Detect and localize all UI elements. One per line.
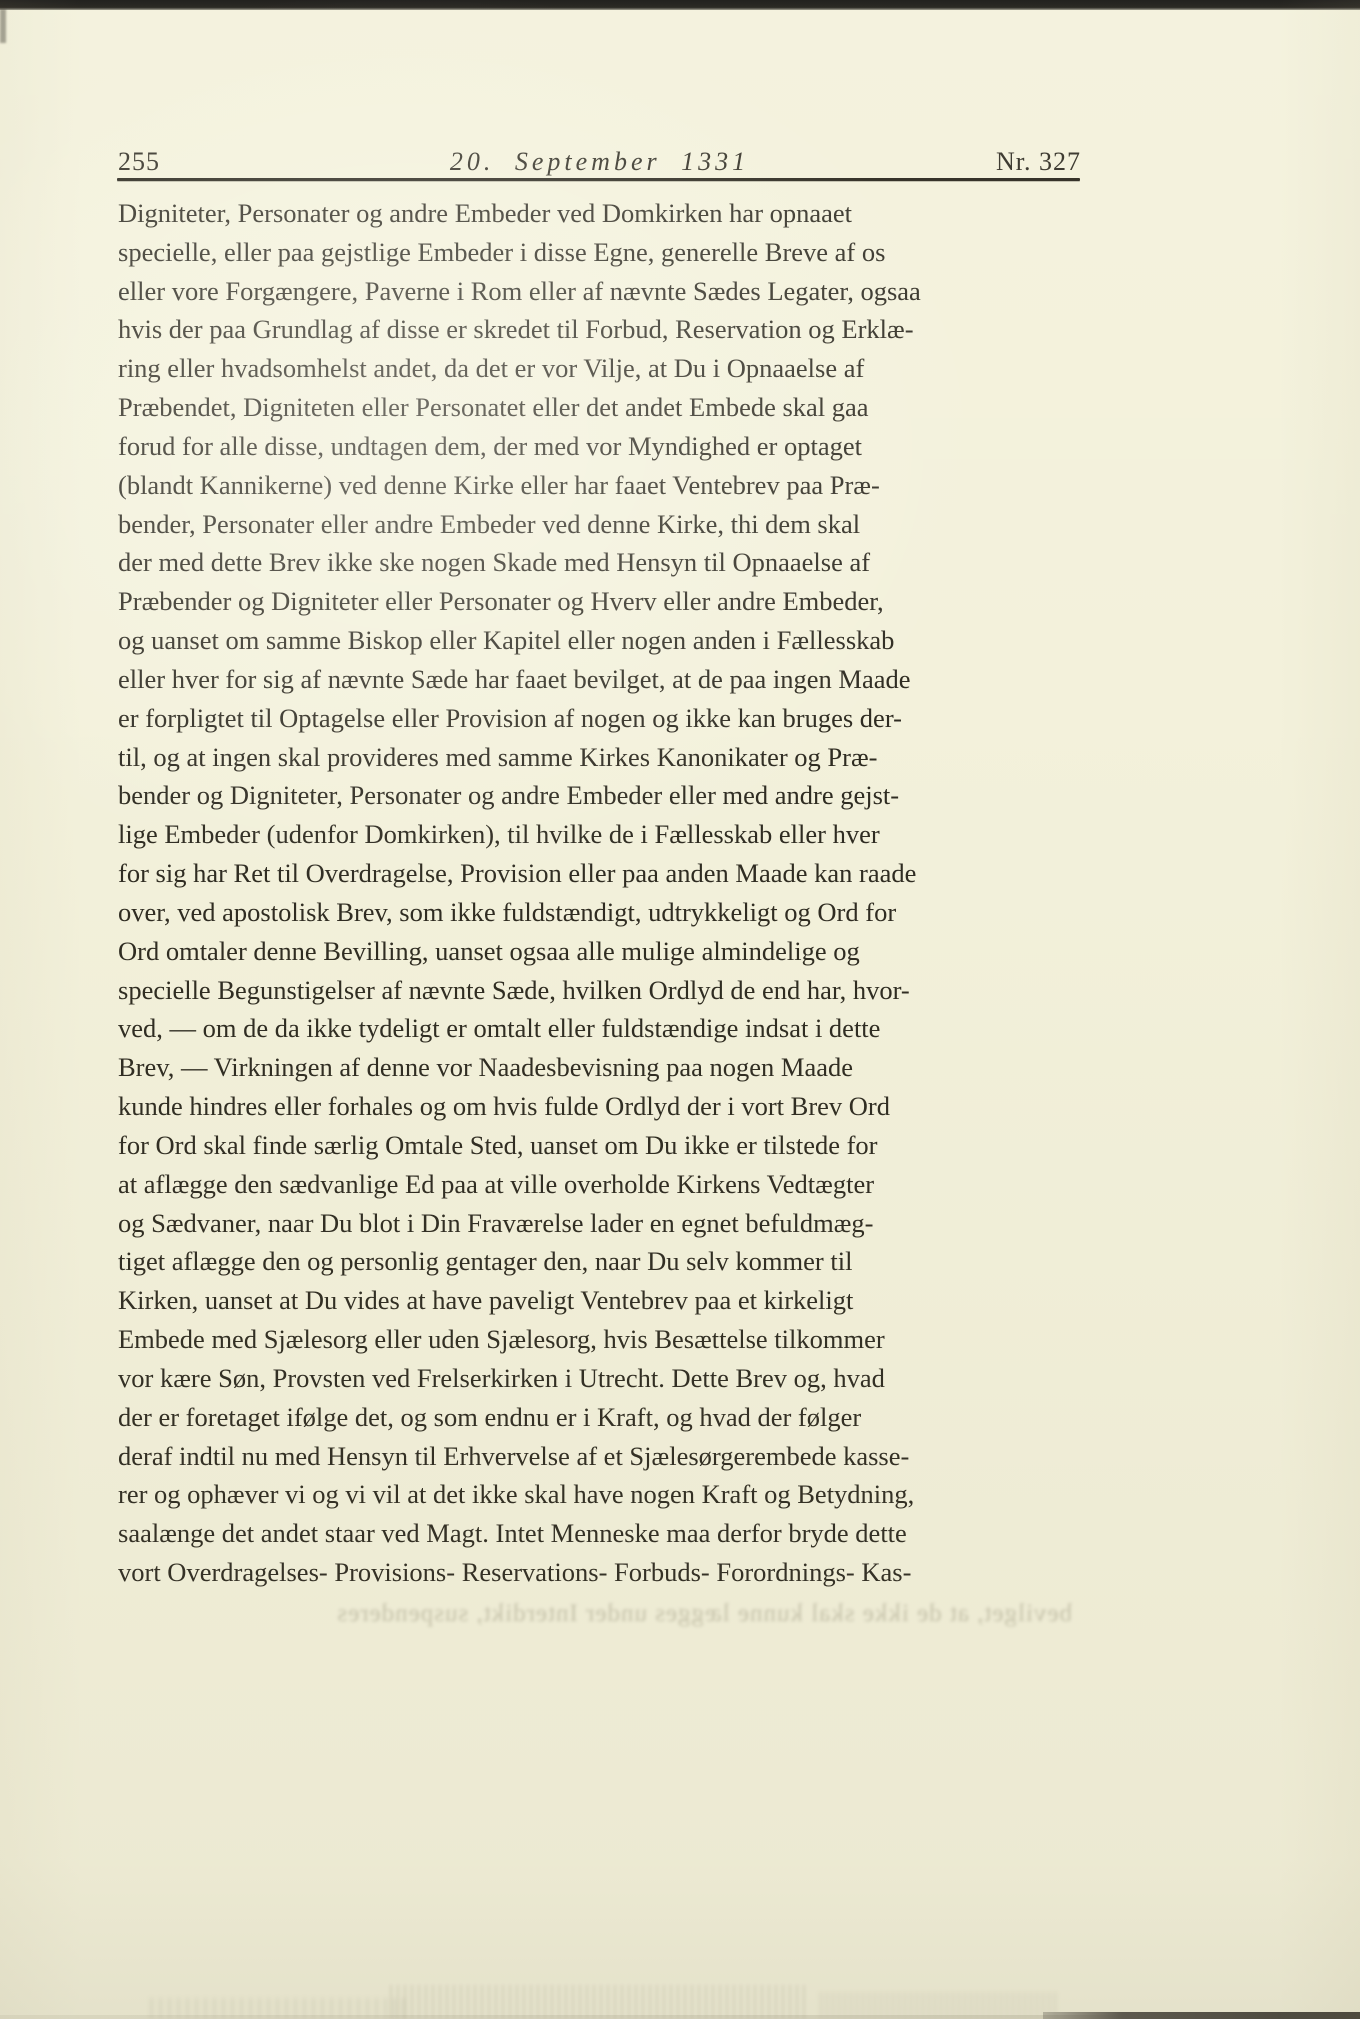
text-line: ring eller hvadsomhelst andet, da det er…	[118, 349, 1080, 388]
text-line: bender, Personater eller andre Embeder v…	[118, 505, 1080, 544]
scanned-book-page: 255 20. September 1331 Nr. 327 Dignitete…	[0, 0, 1360, 2019]
text-line: er forpligtet til Optagelse eller Provis…	[118, 699, 1080, 738]
text-line: for Ord skal finde særlig Omtale Sted, u…	[118, 1126, 1080, 1165]
text-line: forud for alle disse, undtagen dem, der …	[118, 427, 1080, 466]
text-line: eller vore Forgængere, Paverne i Rom ell…	[118, 272, 1080, 311]
text-line: Kirken, uanset at Du vides at have pavel…	[118, 1281, 1080, 1320]
document-number: Nr. 327	[996, 148, 1081, 176]
text-line: Digniteter, Personater og andre Embeder …	[118, 194, 1080, 233]
text-line: specielle, eller paa gejstlige Embeder i…	[118, 233, 1080, 272]
text-line: eller hver for sig af nævnte Sæde har fa…	[118, 660, 1080, 699]
text-line: hvis der paa Grundlag af disse er skrede…	[118, 310, 1080, 349]
scan-bottom-edge	[1043, 2012, 1360, 2019]
text-line: tiget aflægge den og personlig gentager …	[118, 1242, 1080, 1281]
text-line: og Sædvaner, naar Du blot i Din Fraværel…	[118, 1204, 1080, 1243]
text-line: kunde hindres eller forhales og om hvis …	[118, 1087, 1080, 1126]
page-number: 255	[118, 148, 160, 176]
text-line: ved, — om de da ikke tydeligt er omtalt …	[118, 1009, 1080, 1048]
page-header: 255 20. September 1331 Nr. 327	[118, 148, 1081, 176]
text-line: rer og ophæver vi og vi vil at det ikke …	[118, 1475, 1080, 1514]
text-line: (blandt Kannikerne) ved denne Kirke elle…	[118, 466, 1080, 505]
text-line: bender og Digniteter, Personater og andr…	[118, 776, 1080, 815]
text-line: saalænge det andet staar ved Magt. Intet…	[118, 1514, 1080, 1553]
text-line: lige Embeder (udenfor Domkirken), til hv…	[118, 815, 1080, 854]
text-line: Præbendet, Digniteten eller Personatet e…	[118, 388, 1080, 427]
text-line: vort Overdragelses- Provisions- Reservat…	[118, 1553, 1080, 1592]
text-line: Embede med Sjælesorg eller uden Sjælesor…	[118, 1320, 1080, 1359]
text-line: deraf indtil nu med Hensyn til Erhvervel…	[118, 1437, 1080, 1476]
text-line: over, ved apostolisk Brev, som ikke fuld…	[118, 893, 1080, 932]
text-line: for sig har Ret til Overdragelse, Provis…	[118, 854, 1080, 893]
text-line: der er foretaget ifølge det, og som endn…	[118, 1398, 1080, 1437]
scan-smudge	[390, 1985, 810, 2019]
text-line: Brev, — Virkningen af denne vor Naadesbe…	[118, 1048, 1080, 1087]
text-line: Ord omtaler denne Bevilling, uanset ogsa…	[118, 932, 1080, 971]
text-line: til, og at ingen skal provideres med sam…	[118, 738, 1080, 777]
show-through-text: bevilget, at de ikke skal kunne lægges u…	[120, 1597, 1072, 1631]
header-rule	[117, 178, 1080, 181]
text-line: specielle Begunstigelser af nævnte Sæde,…	[118, 971, 1080, 1010]
text-line: at aflægge den sædvanlige Ed paa at vill…	[118, 1165, 1080, 1204]
text-line: der med dette Brev ikke ske nogen Skade …	[118, 543, 1080, 582]
running-date-title: 20. September 1331	[450, 148, 749, 176]
scan-left-notch	[0, 9, 6, 43]
document-body: Digniteter, Personater og andre Embeder …	[118, 194, 1080, 1592]
scan-top-edge	[0, 0, 1360, 10]
text-line: og uanset om samme Biskop eller Kapitel …	[118, 621, 1080, 660]
text-line: Præbender og Digniteter eller Personater…	[118, 582, 1080, 621]
text-line: vor kære Søn, Provsten ved Frelserkirken…	[118, 1359, 1080, 1398]
